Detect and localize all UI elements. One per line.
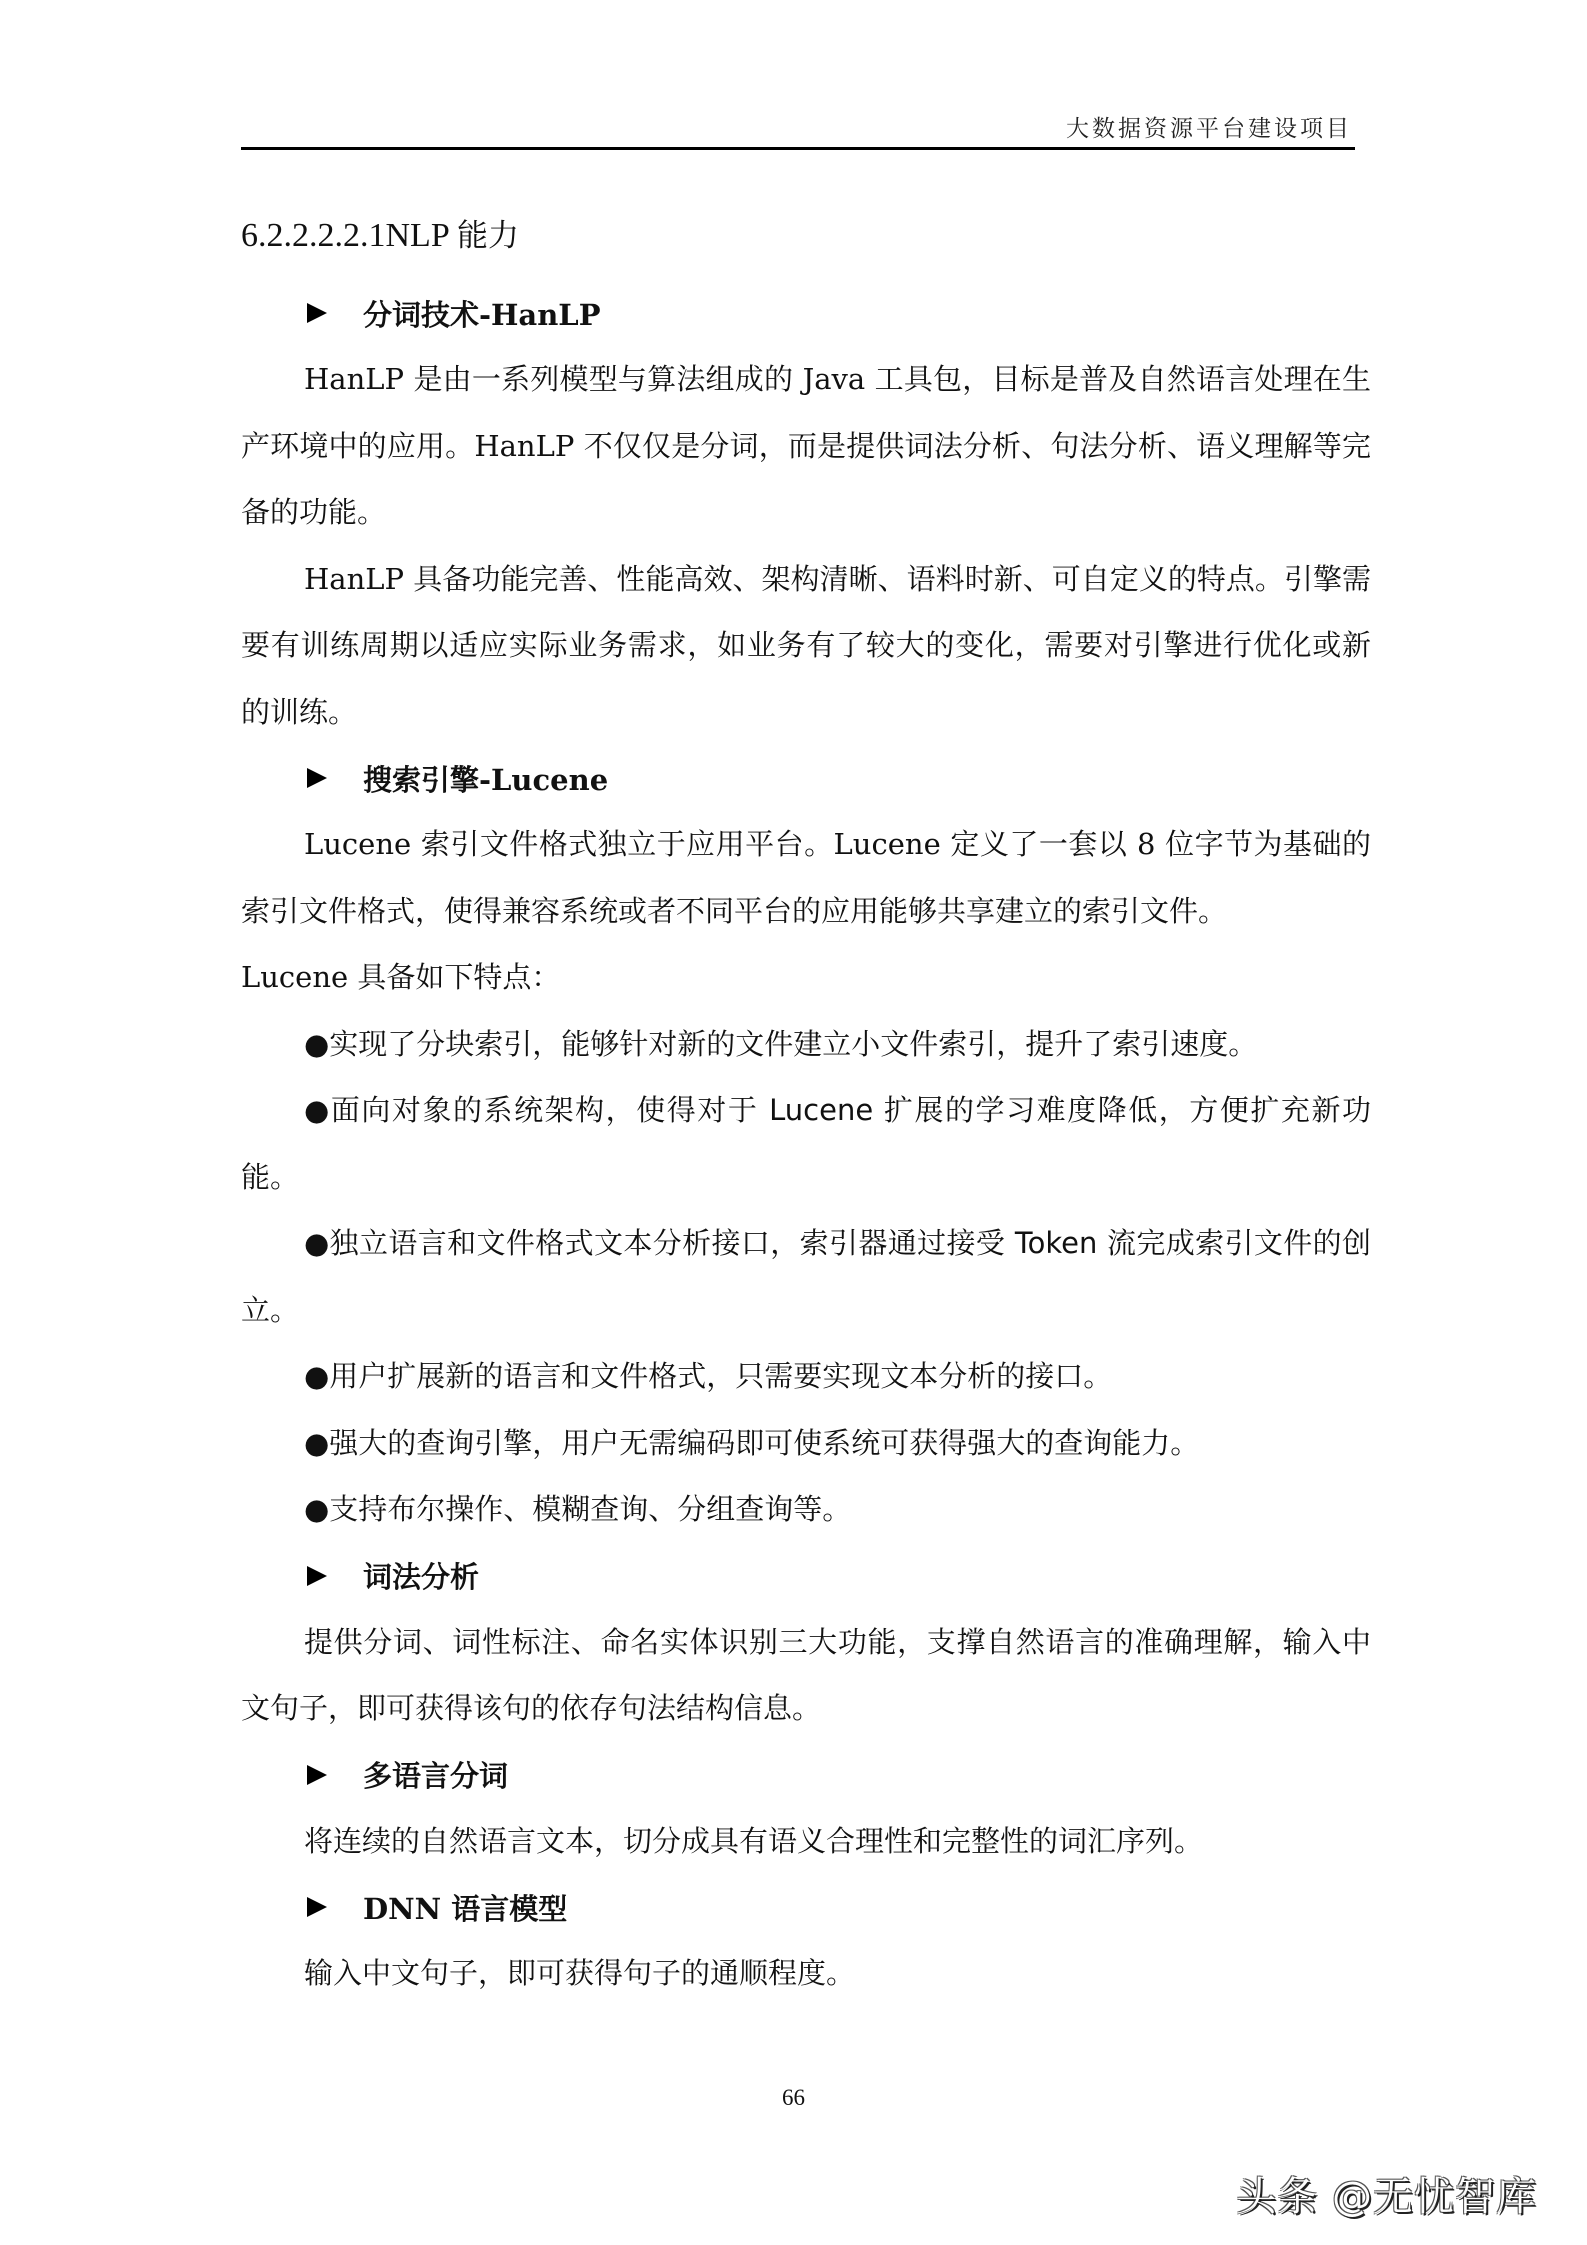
feature-item: ●支持布尔操作、模糊查询、分组查询等。 <box>241 1476 1371 1543</box>
feature-item: ●实现了分块索引，能够针对新的文件建立小文件索引，提升了索引速度。 <box>241 1011 1371 1078</box>
section-title: 6.2.2.2.2.1NLP 能力 <box>241 200 1371 272</box>
arrow-bullet-icon <box>307 768 327 788</box>
arrow-bullet-icon <box>307 303 327 323</box>
arrow-bullet-icon <box>307 1765 327 1785</box>
paragraph: 输入中文句子，即可获得句子的通顺程度。 <box>241 1940 1371 2007</box>
section-title-text: 能力 <box>457 218 519 254</box>
watermark: 头条 @无忧智库 <box>1236 2165 1537 2222</box>
page-number: 66 <box>0 2085 1587 2111</box>
arrow-bullet-icon <box>307 1897 327 1917</box>
heading-dnn-language-model: DNN 语言模型 <box>241 1874 1371 1940</box>
feature-item: ●强大的查询引擎，用户无需编码即可使系统可获得强大的查询能力。 <box>241 1410 1371 1477</box>
feature-item: ●独立语言和文件格式文本分析接口，索引器通过接受 Token 流完成索引文件的创… <box>241 1210 1371 1343</box>
feature-item: ●面向对象的系统架构，使得对于 Lucene 扩展的学习难度降低，方便扩充新功能… <box>241 1077 1371 1210</box>
heading-lexical-analysis: 词法分析 <box>241 1543 1371 1609</box>
heading-multilang-segmentation: 多语言分词 <box>241 1742 1371 1808</box>
paragraph: 提供分词、词性标注、命名实体识别三大功能，支撑自然语言的准确理解，输入中文句子，… <box>241 1609 1371 1742</box>
feature-item: ●用户扩展新的语言和文件格式，只需要实现文本分析的接口。 <box>241 1343 1371 1410</box>
paragraph: Lucene 具备如下特点： <box>241 944 1371 1011</box>
paragraph: Lucene 索引文件格式独立于应用平台。Lucene 定义了一套以 8 位字节… <box>241 811 1371 944</box>
paragraph: HanLP 具备功能完善、性能高效、架构清晰、语料时新、可自定义的特点。引擎需要… <box>241 546 1371 746</box>
paragraph: 将连续的自然语言文本，切分成具有语义合理性和完整性的词汇序列。 <box>241 1808 1371 1875</box>
section-number: 6.2.2.2.2.1NLP <box>241 217 448 254</box>
paragraph: HanLP 是由一系列模型与算法组成的 Java 工具包，目标是普及自然语言处理… <box>241 346 1371 546</box>
arrow-bullet-icon <box>307 1566 327 1586</box>
header-divider <box>241 147 1355 150</box>
heading-lucene: 搜索引擎-Lucene <box>241 745 1371 811</box>
heading-hanlp: 分词技术-HanLP <box>241 280 1371 346</box>
page-content: 6.2.2.2.2.1NLP 能力 分词技术-HanLP HanLP 是由一系列… <box>241 200 1371 2007</box>
header-title: 大数据资源平台建设项目 <box>1066 110 1352 143</box>
